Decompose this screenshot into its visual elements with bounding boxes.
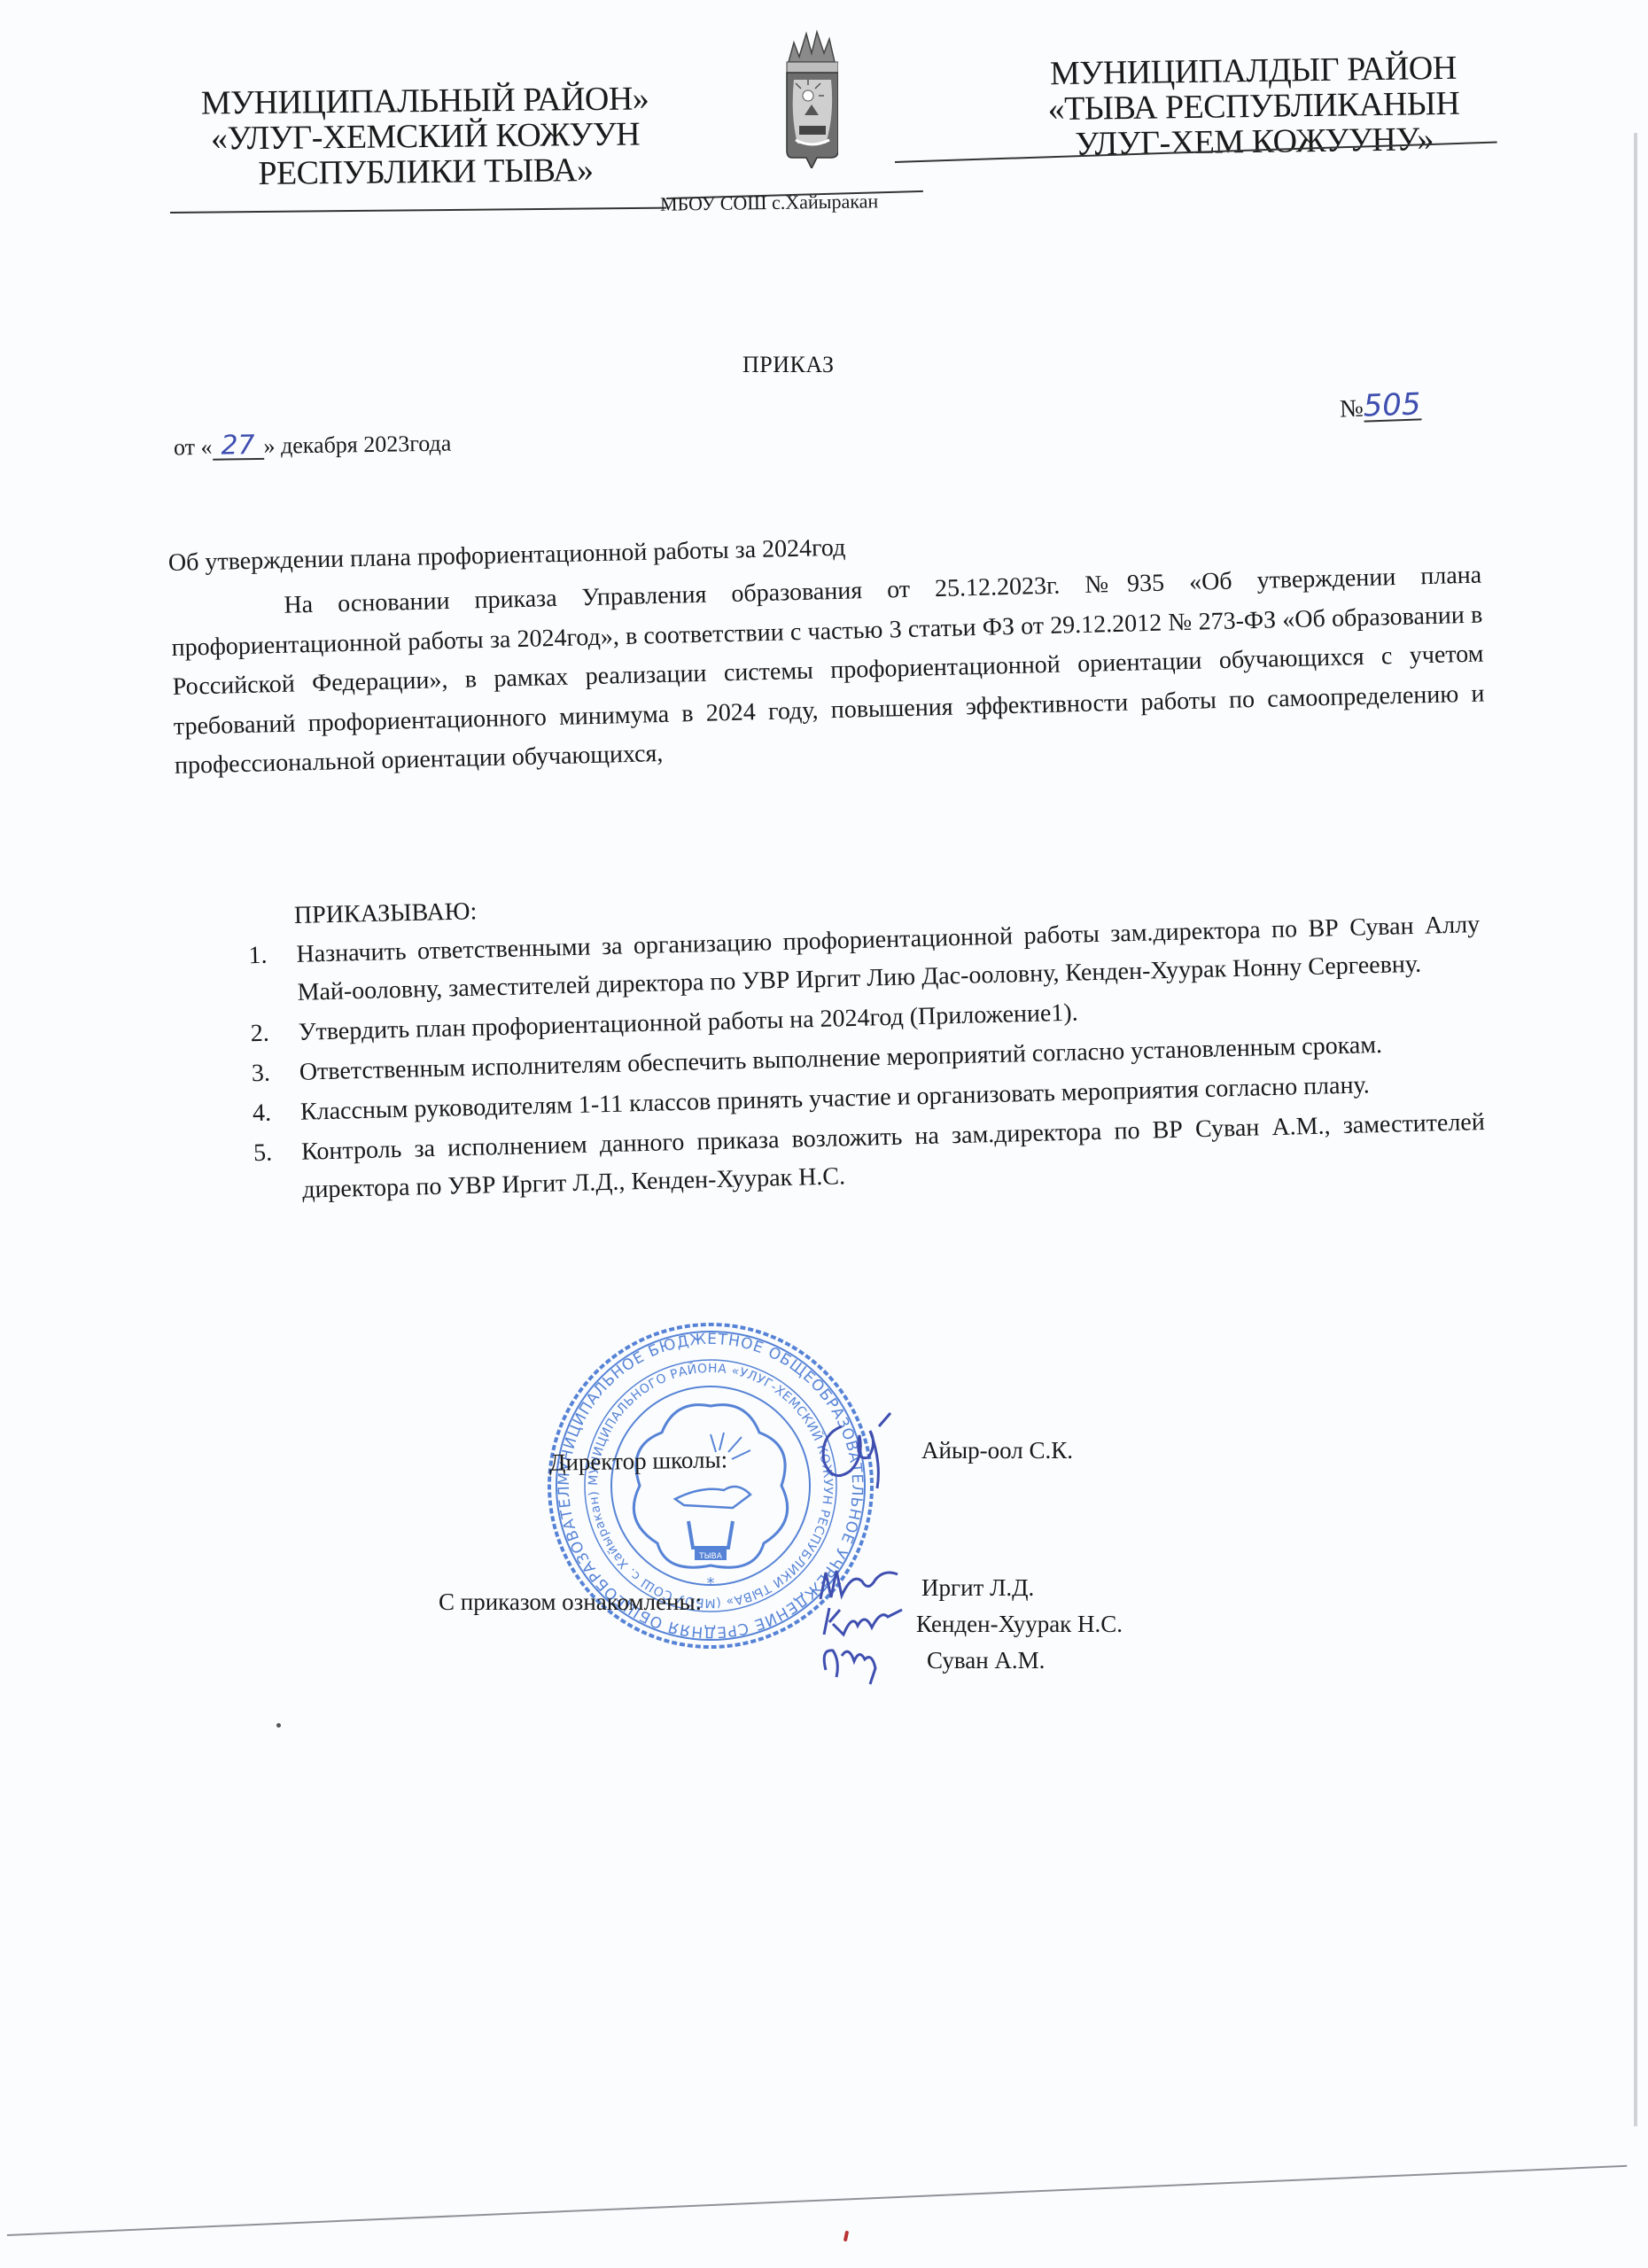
item-number: 2. — [250, 1014, 269, 1053]
number-prefix: № — [1340, 395, 1364, 423]
acknowledged-names: Иргит Л.Д. Кенден-Хуурак Н.С. Суван А.М. — [921, 1570, 1123, 1679]
acknowledged-label: С приказом ознакомлены: — [439, 1588, 702, 1616]
header-left-title: МУНИЦИПАЛЬНЫЙ РАЙОН» «УЛУГ-ХЕМСКИЙ КОЖУУ… — [176, 81, 673, 192]
document-title: ПРИКАЗ — [742, 352, 835, 378]
svg-text:*: * — [707, 1574, 715, 1593]
coat-of-arms-icon — [785, 27, 838, 168]
director-signature-icon — [815, 1409, 904, 1506]
svg-text:ТЫВА: ТЫВА — [698, 1552, 723, 1561]
preamble-paragraph: На основании приказа Управления образова… — [170, 556, 1486, 787]
document-subject: Об утверждении плана профориентационной … — [168, 534, 846, 578]
handwritten-day: 27 — [212, 433, 263, 461]
director-label: Директор школы: — [549, 1446, 728, 1477]
page-bottom-edge — [7, 2165, 1627, 2236]
header-left-line: «УЛУГ-ХЕМСКИЙ КОЖУУН — [177, 116, 673, 157]
school-name: МБОУ СОШ с.Хайыракан — [660, 190, 879, 215]
handwritten-number: 505 — [1363, 390, 1421, 422]
header-right-line: УЛУГ-ХЕМ КОЖУУНУ» — [1037, 121, 1472, 163]
item-number: 5. — [253, 1134, 273, 1173]
document-date: от «27» декабря 2023года — [174, 431, 452, 462]
scan-speck — [843, 2231, 849, 2242]
order-items-list: 1.Назначить ответственными за организаци… — [222, 905, 1486, 1213]
item-number: 3. — [251, 1054, 270, 1093]
date-suffix: » декабря 2023года — [263, 431, 451, 459]
acknowledgement-signatures-icon — [813, 1564, 920, 1688]
order-heading: ПРИКАЗЫВАЮ: — [294, 897, 478, 930]
item-number: 1. — [248, 936, 268, 975]
ack-name: Суван А.М. — [927, 1643, 1123, 1679]
ack-name: Кенден-Хуурак Н.С. — [916, 1606, 1123, 1643]
page-edge — [1634, 133, 1637, 2126]
director-name: Айыр-оол С.К. — [921, 1437, 1073, 1464]
date-prefix: от « — [174, 434, 213, 461]
scan-speck — [276, 1723, 281, 1728]
document-page: МУНИЦИПАЛЬНЫЙ РАЙОН» «УЛУГ-ХЕМСКИЙ КОЖУУ… — [0, 0, 1648, 2268]
ack-name: Иргит Л.Д. — [921, 1570, 1123, 1606]
item-number: 4. — [252, 1094, 271, 1133]
header-left-line: РЕСПУБЛИКИ ТЫВА» — [177, 151, 673, 192]
header-divider — [170, 207, 666, 214]
document-number: №505 — [1339, 390, 1421, 423]
